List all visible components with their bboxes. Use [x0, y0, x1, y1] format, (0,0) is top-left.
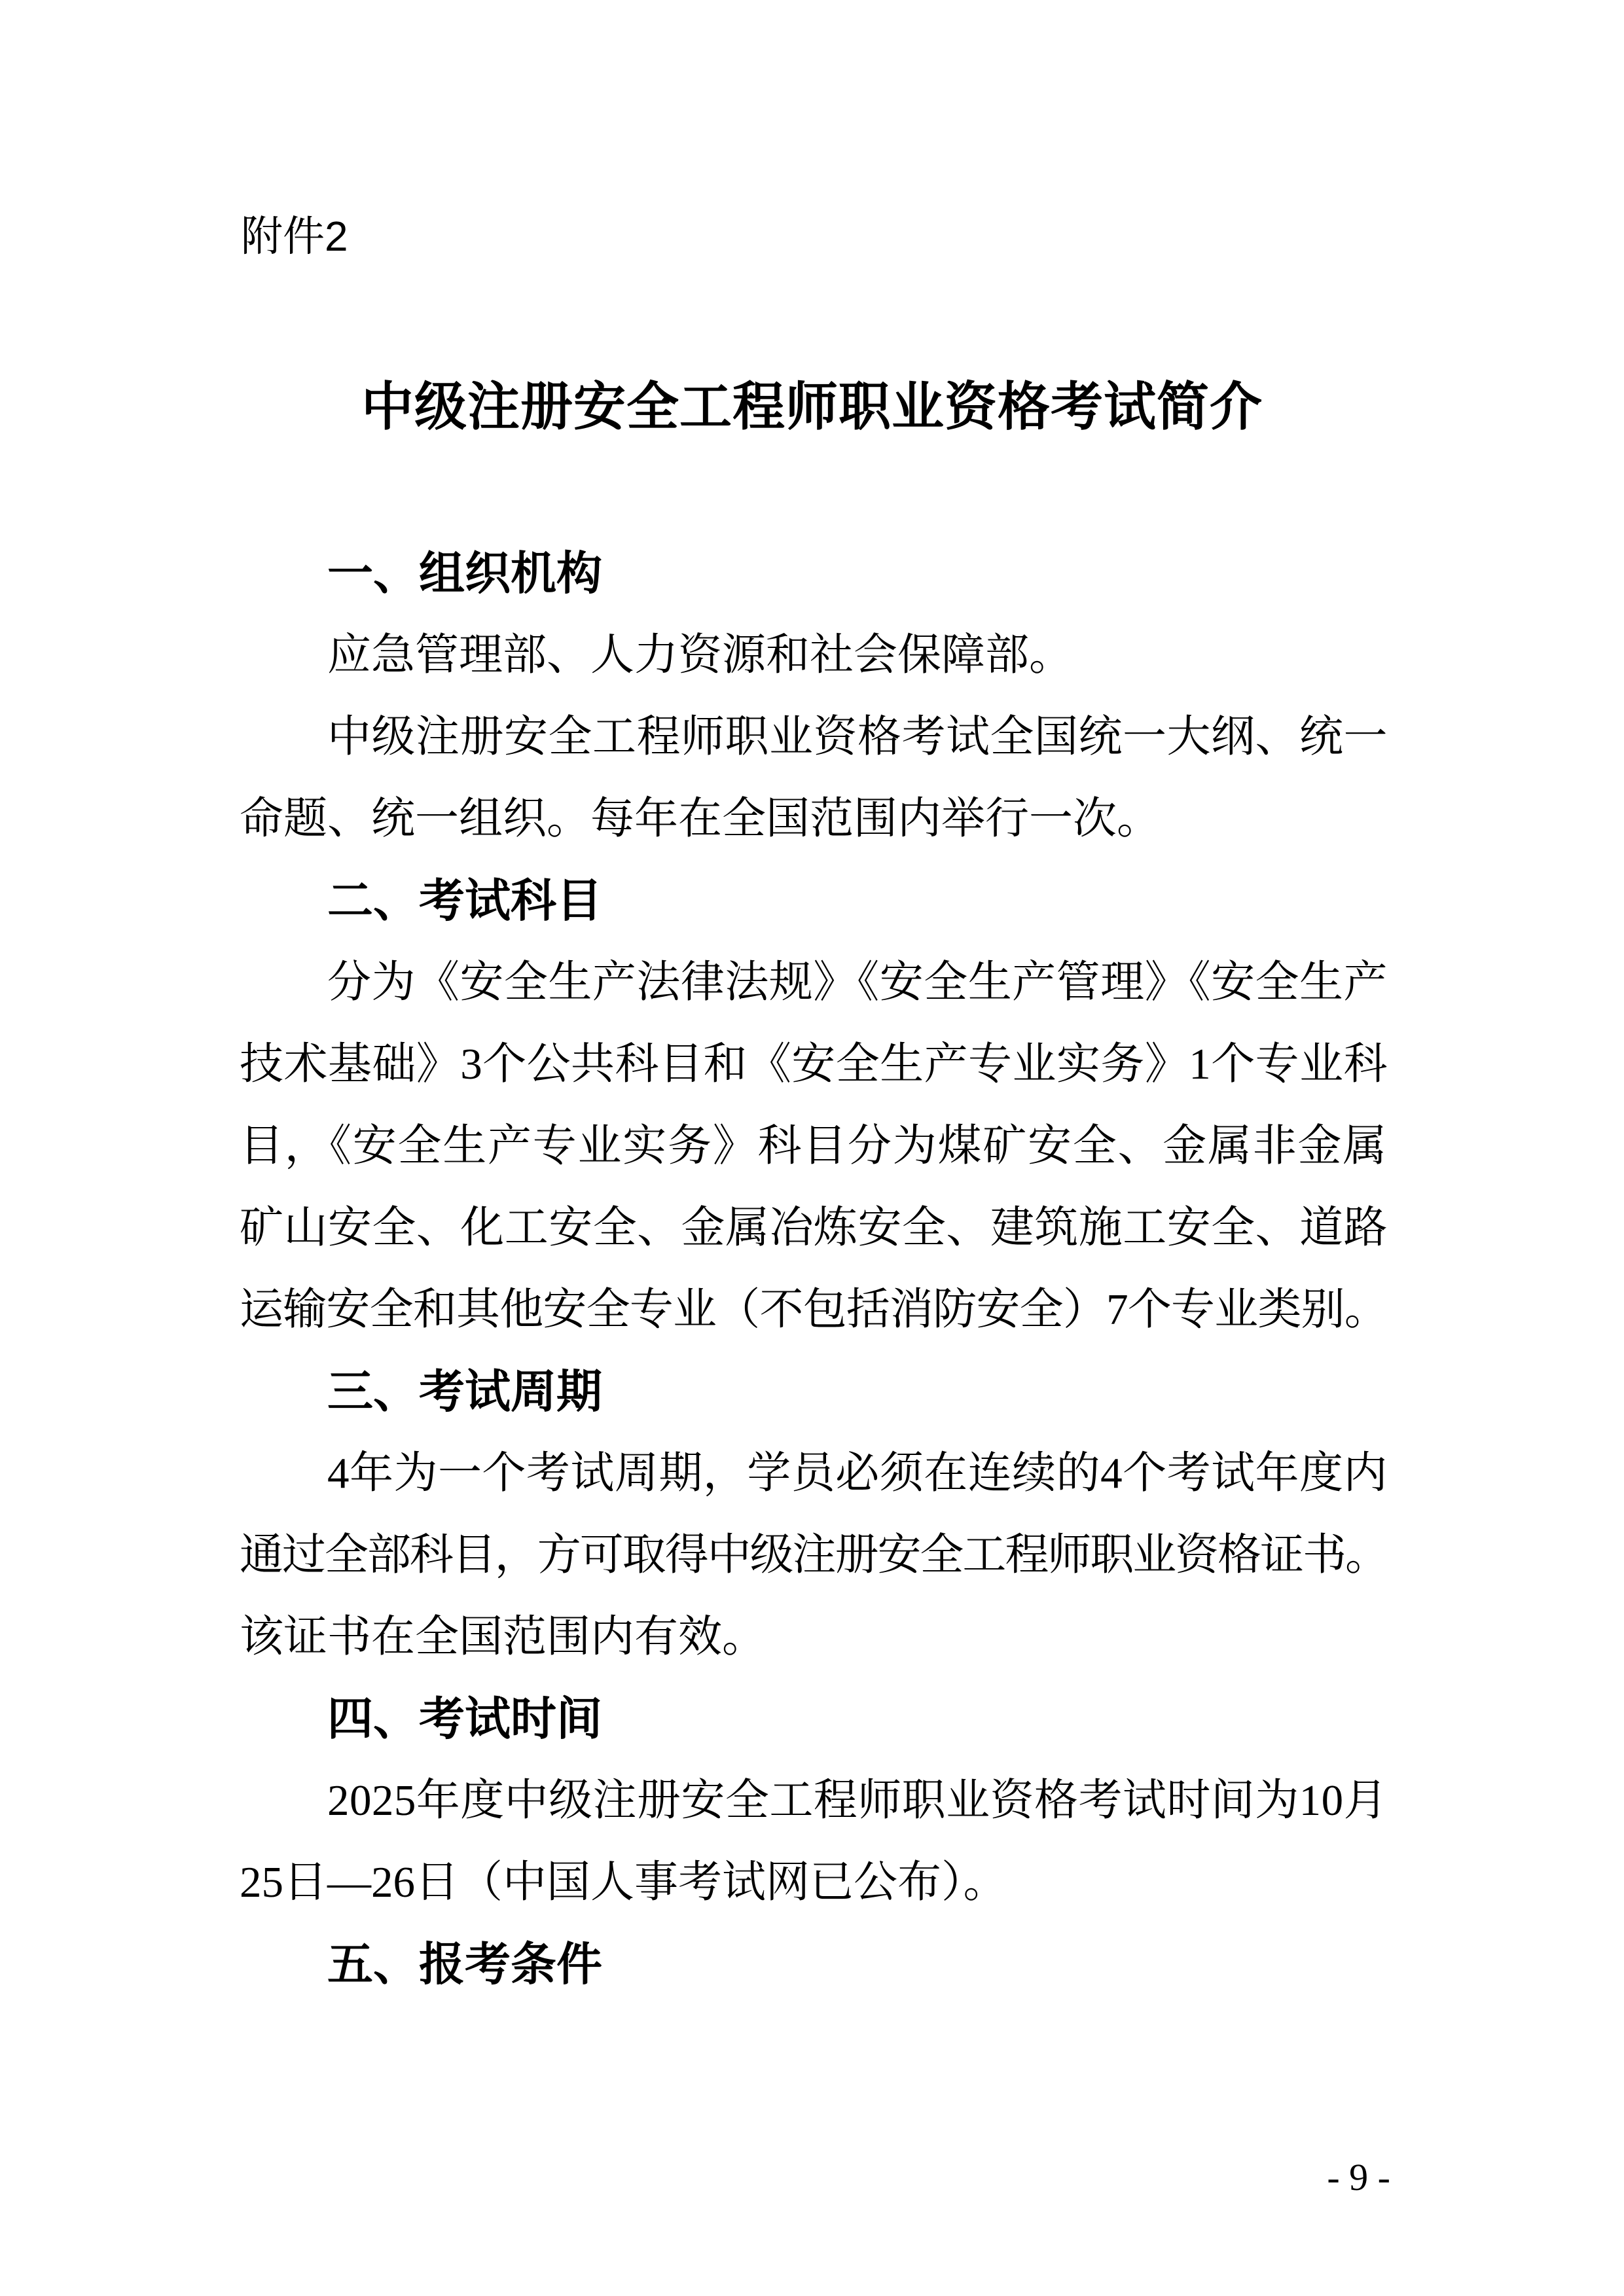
section-heading: 四、考试时间 — [240, 1678, 1388, 1760]
body-text-line: 该证书在全国范围内有效。 — [240, 1596, 1388, 1678]
attachment-label: 附件2 — [241, 207, 348, 266]
page-number: - 9 - — [0, 2155, 1390, 2200]
document-body: 一、组织机构应急管理部、人力资源和社会保障部。中级注册安全工程师职业资格考试全国… — [240, 533, 1388, 2005]
body-text-line: 目，《安全生产专业实务》科目分为煤矿安全、金属非金属 — [240, 1105, 1388, 1187]
section-heading: 三、考试周期 — [240, 1351, 1388, 1433]
body-text-line: 命题、统一组织。每年在全国范围内举行一次。 — [240, 778, 1388, 860]
body-text-line: 应急管理部、人力资源和社会保障部。 — [240, 615, 1388, 696]
body-text-line: 运输安全和其他安全专业（不包括消防安全）7个专业类别。 — [240, 1269, 1388, 1351]
document-title: 中级注册安全工程师职业资格考试简介 — [0, 370, 1624, 444]
body-text-line: 通过全部科目，方可取得中级注册安全工程师职业资格证书。 — [240, 1515, 1388, 1596]
section-heading: 二、考试科目 — [240, 860, 1388, 942]
body-text-line: 中级注册安全工程师职业资格考试全国统一大纲、统一 — [240, 696, 1388, 778]
body-text-line: 矿山安全、化工安全、金属冶炼安全、建筑施工安全、道路 — [240, 1187, 1388, 1269]
body-text-line: 4年为一个考试周期，学员必须在连续的4个考试年度内 — [240, 1433, 1388, 1515]
body-text-line: 25日—26日（中国人事考试网已公布）。 — [240, 1842, 1388, 1924]
body-text-line: 分为《安全生产法律法规》《安全生产管理》《安全生产 — [240, 942, 1388, 1024]
document-page: 附件2 中级注册安全工程师职业资格考试简介 一、组织机构应急管理部、人力资源和社… — [0, 0, 1624, 2296]
body-text-line: 2025年度中级注册安全工程师职业资格考试时间为10月 — [240, 1760, 1388, 1842]
section-heading: 五、报考条件 — [240, 1924, 1388, 2005]
section-heading: 一、组织机构 — [240, 533, 1388, 615]
body-text-line: 技术基础》3个公共科目和《安全生产专业实务》1个专业科 — [240, 1024, 1388, 1105]
